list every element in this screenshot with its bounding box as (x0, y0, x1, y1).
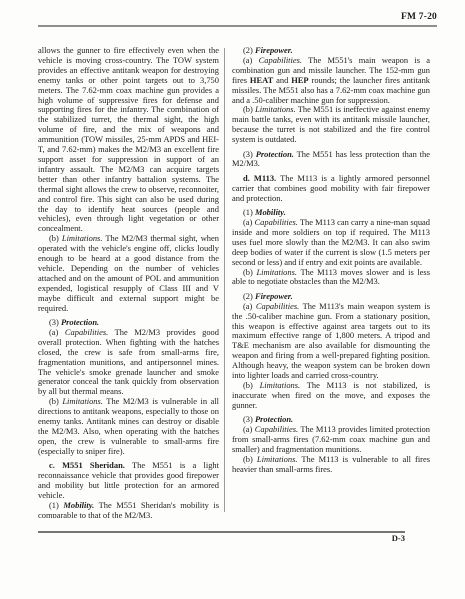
text-run: Limitations. (260, 380, 301, 390)
text-run: Mobility. (63, 500, 94, 510)
text-run: Firepower. (255, 291, 293, 301)
text-run: Capabilities. (255, 217, 298, 227)
text-run: (3) (243, 149, 256, 159)
text-run: (b) (49, 233, 62, 243)
text-run: Protection. (61, 317, 99, 327)
text-run: HEP (291, 75, 308, 85)
text-run: Limitations. (257, 454, 298, 464)
paragraph: (a) Capabilities. The M2/M3 provides goo… (38, 328, 219, 397)
header-rule (38, 25, 437, 27)
text-run: d. M113. (243, 173, 276, 183)
paragraph: (a) Capabilities. The M113's main weapon… (232, 302, 430, 381)
footer-page-number: D-3 (38, 533, 405, 543)
body-columns: allows the gunner to fire effectively ev… (38, 46, 430, 518)
text-run: and (273, 75, 291, 85)
paragraph: (b) Limitations. The M2/M3 is vulnerable… (38, 397, 219, 456)
text-run: The M113's main weapon system is the .50… (232, 301, 430, 380)
header-doc-number: FM 7-20 (38, 12, 437, 22)
text-run: Protection. (256, 149, 294, 159)
text-run: Limitations. (255, 104, 296, 114)
text-run: Firepower. (255, 46, 293, 55)
paragraph: (b) Limitations. The M113 is not stabili… (232, 381, 430, 411)
column-divider-rule (224, 48, 225, 512)
paragraph: (b) Limitations. The M113 is vulnerable … (232, 455, 430, 475)
paragraph: allows the gunner to fire effectively ev… (38, 46, 219, 234)
text-run: (b) (49, 396, 62, 406)
paragraph: (1) Mobility. The M551 Sheridan's mobili… (38, 501, 219, 518)
text-run: (2) (243, 46, 255, 55)
text-run: Capabilities. (256, 301, 299, 311)
paragraph: (3) Protection. The M551 has less protec… (232, 150, 430, 170)
text-run: Limitations. (256, 267, 297, 277)
text-run: (a) (243, 301, 256, 311)
text-run: (1) (49, 500, 63, 510)
text-run: (b) (243, 267, 256, 277)
column-right: (2) Firepower.(a) Capabilities. The M551… (232, 46, 430, 518)
paragraph: (b) Limitations. The M2/M3 thermal sight… (38, 234, 219, 313)
document-page: FM 7-20 allows the gunner to fire effect… (0, 0, 465, 599)
text-run: (a) (243, 217, 255, 227)
text-run: (b) (243, 380, 260, 390)
text-run: Capabilities. (255, 424, 298, 434)
text-run: (b) (243, 454, 257, 464)
text-run: The M2/M3 provides good overall protecti… (38, 327, 219, 396)
text-run: Protection. (255, 414, 293, 424)
text-run: (b) (243, 104, 255, 114)
text-run: Mobility. (255, 207, 286, 217)
paragraph: (a) Capabilities. The M113 provides limi… (232, 425, 430, 455)
text-run: (a) (49, 327, 65, 337)
column-left: allows the gunner to fire effectively ev… (38, 46, 219, 518)
text-run: (3) (49, 317, 61, 327)
text-run: Capabilities. (65, 327, 108, 337)
paragraph: (b) Limitations. The M113 moves slower a… (232, 268, 430, 288)
text-run: allows the gunner to fire effectively ev… (38, 46, 219, 233)
text-run: The M2/M3 is vulnerable in all direction… (38, 396, 219, 456)
text-run: (a) (243, 55, 259, 65)
text-run: Capabilities. (259, 55, 302, 65)
paragraph: (a) Capabilities. The M113 can carry a n… (232, 218, 430, 268)
text-run: (1) (243, 207, 255, 217)
paragraph: c. M551 Sheridan. The M551 is a light re… (38, 461, 219, 501)
paragraph: d. M113. The M113 is a lightly armored p… (232, 174, 430, 204)
text-run: (3) (243, 414, 255, 424)
paragraph: (b) Limitations. The M551 is ineffective… (232, 105, 430, 145)
text-run: Limitations. (62, 396, 103, 406)
paragraph: (a) Capabilities. The M551's main weapon… (232, 56, 430, 106)
text-run: (a) (243, 424, 255, 434)
text-run: (2) (243, 291, 255, 301)
text-run: c. M551 Sheridan. (49, 460, 125, 470)
text-run: HEAT (250, 75, 273, 85)
text-run: Limitations. (62, 233, 103, 243)
text-run: The M2/M3 thermal sight, when operated w… (38, 233, 219, 312)
